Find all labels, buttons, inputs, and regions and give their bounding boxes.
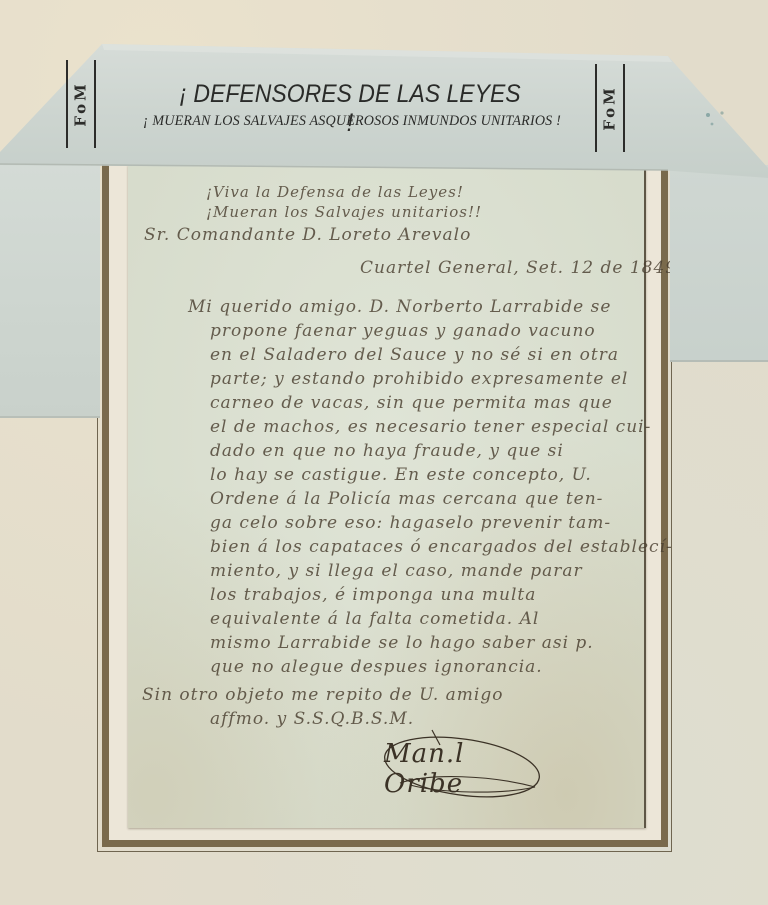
signature: Man.l Oribe (370, 725, 550, 805)
letter-body-line: parte; y estando prohibido expresamente … (210, 369, 628, 389)
fom-mark-left: FoM (66, 60, 96, 148)
letter-body-line: Ordene á la Policía mas cercana que ten- (210, 489, 603, 509)
letter-body-line: dado en que no haya fraude, y que si (210, 441, 564, 461)
fom-mark-left-text: FoM (72, 81, 90, 126)
letter-body-line: propone faenar yeguas y ganado vacuno (210, 321, 596, 341)
letter-body-line: mismo Larrabide se lo hago saber asi p. (210, 633, 594, 653)
letter-body-line: Mi querido amigo. D. Norberto Larrabide … (188, 297, 611, 317)
signature-text: Man.l Oribe (384, 739, 550, 799)
letter-body-line: los trabajos, é imponga una multa (210, 585, 536, 605)
letter-body-line: bien á los capataces ó encargados del es… (210, 537, 673, 557)
ribbon-hanging-right (670, 165, 768, 362)
letter-body-line: miento, y si llega el caso, mande parar (210, 561, 583, 581)
letter-header-line-2: ¡Mueran los Salvajes unitarios!! (206, 203, 482, 221)
ribbon-subtitle: ¡ MUERAN LOS SALVAJES ASQUEROSOS INMUNDO… (119, 113, 585, 130)
letter-body-line: el de machos, es necesario tener especia… (210, 417, 651, 437)
letter-addressee: Sr. Comandante D. Loreto Arevalo (144, 225, 471, 245)
letter-body-line: lo hay se castigue. En este concepto, U. (210, 465, 592, 485)
letter-header-line-1: ¡Viva la Defensa de las Leyes! (206, 183, 464, 201)
letter-body-line: carneo de vacas, sin que permita mas que (210, 393, 613, 413)
fom-mark-right: FoM (595, 64, 625, 152)
letter-body-line: ga celo sobre eso: hagaselo prevenir tam… (210, 513, 611, 533)
fom-mark-right-text: FoM (601, 85, 619, 130)
letter-body-line: en el Saladero del Sauce y no sé si en o… (210, 345, 619, 365)
letter-body-line: que no alegue despues ignorancia. (210, 657, 543, 677)
letter-body-line: equivalente á la falta cometida. Al (210, 609, 539, 629)
letter-place-date: Cuartel General, Set. 12 de 1849 (360, 258, 677, 278)
ribbon-hanging-left (0, 160, 100, 418)
letter-closing-line: Sin otro objeto me repito de U. amigo (142, 685, 503, 705)
